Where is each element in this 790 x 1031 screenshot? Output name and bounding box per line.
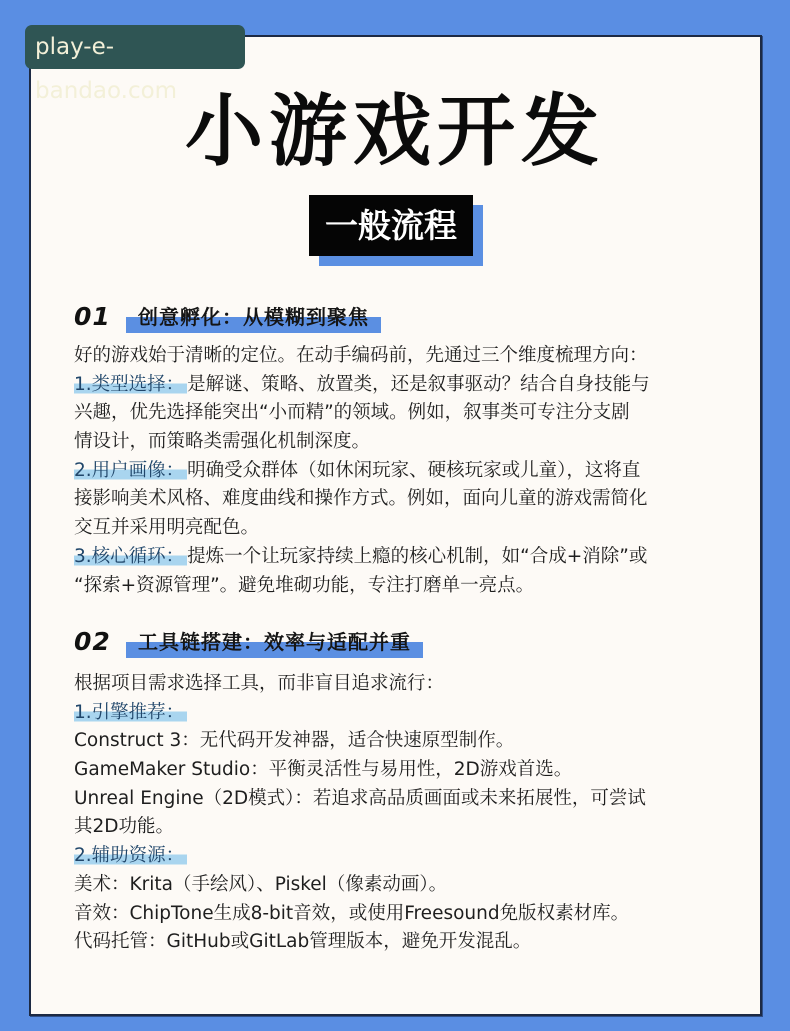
body-line: GameMaker Studio：平衡灵活性与易用性，2D游戏首选。 (74, 756, 734, 785)
body-line: Construct 3：无代码开发神器，适合快速原型制作。 (74, 727, 734, 756)
body-text: 代码托管：GitHub或GitLab管理版本，避免开发混乱。 (74, 931, 531, 952)
subheading-label: 1.类型选择： (74, 374, 187, 395)
body-line: 代码托管：GitHub或GitLab管理版本，避免开发混乱。 (74, 928, 734, 957)
section-title: 创意孵化：从模糊到聚焦 (126, 300, 381, 334)
body-line: 情设计，而策略类需强化机制深度。 (74, 428, 734, 457)
body-text: 是解谜、策略、放置类，还是叙事驱动？结合自身技能与 (187, 374, 650, 395)
body-text: Unreal Engine（2D模式）：若追求高品质画面或未来拓展性，可尝试 (74, 788, 646, 809)
section-body-02: 根据项目需求选择工具，而非盲目追求流行：1.引擎推荐：Construct 3：无… (74, 670, 734, 957)
body-line: 1.类型选择：是解谜、策略、放置类，还是叙事驱动？结合自身技能与 (74, 371, 734, 400)
body-text: 兴趣，优先选择能突出“小而精”的领域。例如，叙事类可专注分支剧 (74, 402, 630, 423)
body-line: 2.用户画像：明确受众群体（如休闲玩家、硬核玩家或儿童），这将直 (74, 457, 734, 486)
section-body-01: 好的游戏始于清晰的定位。在动手编码前，先通过三个维度梳理方向：1.类型选择：是解… (74, 342, 734, 600)
watermark-label: play-e-bandao.com (25, 25, 245, 69)
subheading-label: 1.引擎推荐： (74, 702, 187, 723)
body-text: 音效：ChipTone生成8-bit音效，或使用Freesound免版权素材库。 (74, 903, 629, 924)
body-line: 美术：Krita（手绘风）、Piskel（像素动画）。 (74, 871, 734, 900)
body-text: 接影响美术风格、难度曲线和操作方式。例如，面向儿童的游戏需简化 (74, 488, 648, 509)
body-text: 交互并采用明亮配色。 (74, 517, 259, 538)
subheading-label: 2.用户画像： (74, 460, 187, 481)
subheading-label: 2.辅助资源： (74, 845, 187, 866)
body-text: 美术：Krita（手绘风）、Piskel（像素动画）。 (74, 874, 447, 895)
section-number: 02 (74, 625, 111, 659)
body-line: 其2D功能。 (74, 813, 734, 842)
body-line: 音效：ChipTone生成8-bit音效，或使用Freesound免版权素材库。 (74, 900, 734, 929)
body-line: 交互并采用明亮配色。 (74, 514, 734, 543)
body-text: 提炼一个让玩家持续上瘾的核心机制，如“合成+消除”或 (187, 546, 647, 567)
body-text: 好的游戏始于清晰的定位。在动手编码前，先通过三个维度梳理方向： (74, 345, 648, 366)
body-text: 根据项目需求选择工具，而非盲目追求流行： (74, 673, 444, 694)
body-line: Unreal Engine（2D模式）：若追求高品质画面或未来拓展性，可尝试 (74, 785, 734, 814)
subtitle-text: 一般流程 (309, 195, 473, 256)
body-line: 兴趣，优先选择能突出“小而精”的领域。例如，叙事类可专注分支剧 (74, 399, 734, 428)
body-text: “探索+资源管理”。避免堆砌功能，专注打磨单一亮点。 (74, 575, 534, 596)
section-number: 01 (74, 300, 111, 334)
subheading-label: 3.核心循环： (74, 546, 187, 567)
body-line: 接影响美术风格、难度曲线和操作方式。例如，面向儿童的游戏需简化 (74, 485, 734, 514)
body-text: 其2D功能。 (74, 816, 174, 837)
body-text: 明确受众群体（如休闲玩家、硬核玩家或儿童），这将直 (187, 460, 640, 481)
section-title: 工具链搭建：效率与适配并重 (126, 625, 423, 659)
body-line: 3.核心循环：提炼一个让玩家持续上瘾的核心机制，如“合成+消除”或 (74, 543, 734, 572)
body-line: 2.辅助资源： (74, 842, 734, 871)
body-line: 1.引擎推荐： (74, 699, 734, 728)
body-text: GameMaker Studio：平衡灵活性与易用性，2D游戏首选。 (74, 759, 572, 780)
body-line: “探索+资源管理”。避免堆砌功能，专注打磨单一亮点。 (74, 572, 734, 601)
subtitle-badge: 一般流程 (309, 195, 473, 256)
section-title-wrap: 工具链搭建：效率与适配并重 (126, 625, 423, 659)
body-line: 好的游戏始于清晰的定位。在动手编码前，先通过三个维度梳理方向： (74, 342, 734, 371)
body-text: Construct 3：无代码开发神器，适合快速原型制作。 (74, 730, 514, 751)
body-text: 情设计，而策略类需强化机制深度。 (74, 431, 370, 452)
body-line: 根据项目需求选择工具，而非盲目追求流行： (74, 670, 734, 699)
section-title-wrap: 创意孵化：从模糊到聚焦 (126, 300, 381, 334)
